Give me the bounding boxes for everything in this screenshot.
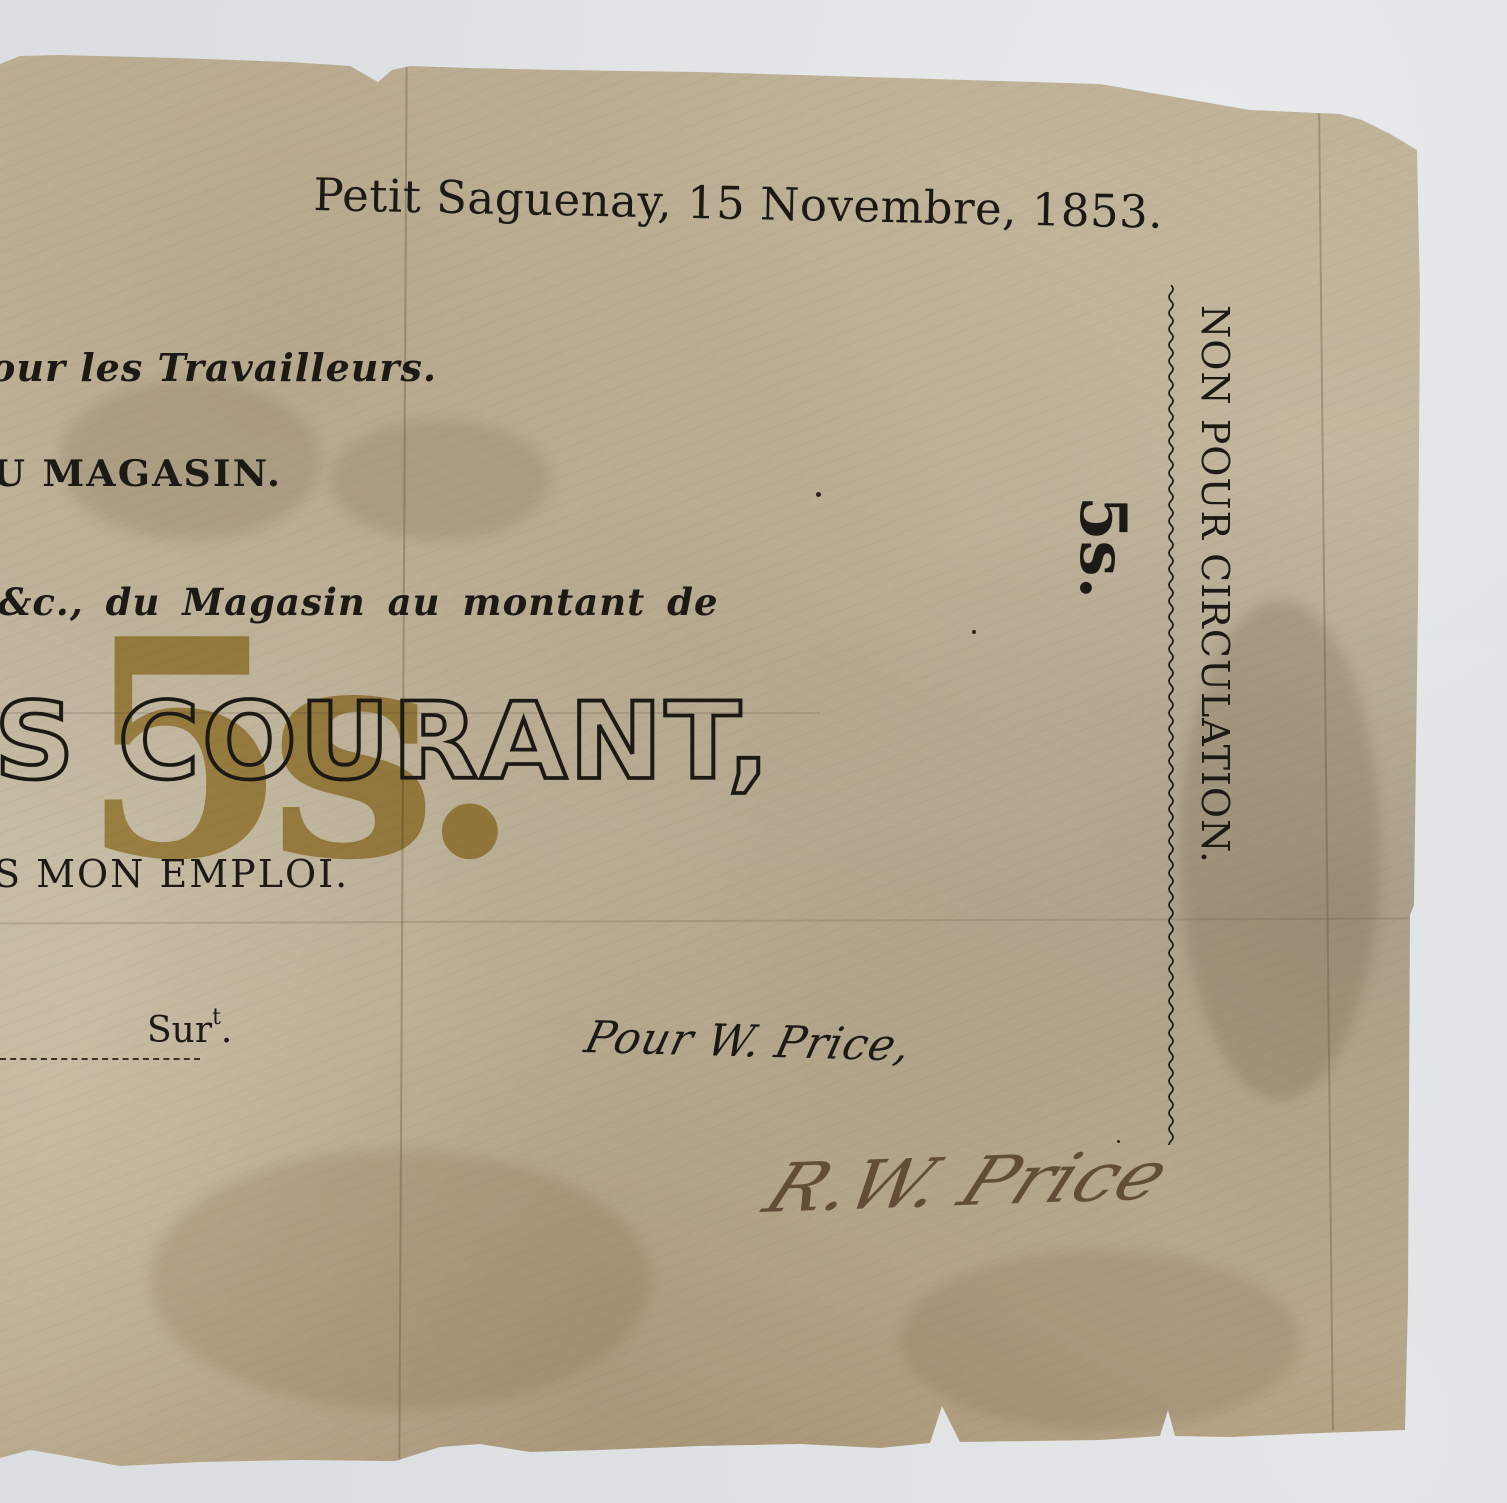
ink-speck <box>972 630 976 634</box>
body-line-amount-intro: &c., du Magasin au montant de <box>0 580 719 624</box>
handwritten-signature: R.W. Price <box>753 1136 1181 1228</box>
sur-text: Sur <box>147 1010 212 1051</box>
sur-suffix: . <box>221 1010 232 1051</box>
body-line-store: U MAGASIN. <box>0 453 282 495</box>
sur-superscript: t <box>212 1005 221 1030</box>
body-line-employment: S MON EMPLOI. <box>0 852 349 896</box>
ink-speck <box>816 492 821 497</box>
stain <box>330 420 550 540</box>
not-for-circulation-notice: NON POUR CIRCULATION. <box>1193 305 1237 864</box>
signature-line <box>0 1058 200 1060</box>
scrip-note: 5s. Petit Saguenay, 15 Novembre, 1853. o… <box>0 0 1507 1503</box>
side-denomination: 5s. <box>1070 496 1134 599</box>
amount-currency-line: S COURANT, <box>0 680 772 804</box>
body-line-workers: our les Travailleurs. <box>0 345 437 390</box>
superintendent-label: Surt. <box>147 1005 232 1051</box>
wavy-divider <box>1165 285 1177 1145</box>
ink-speck <box>1117 1140 1120 1143</box>
stain <box>900 1250 1300 1430</box>
issuer-line: Pour W. Price, <box>580 1012 917 1072</box>
